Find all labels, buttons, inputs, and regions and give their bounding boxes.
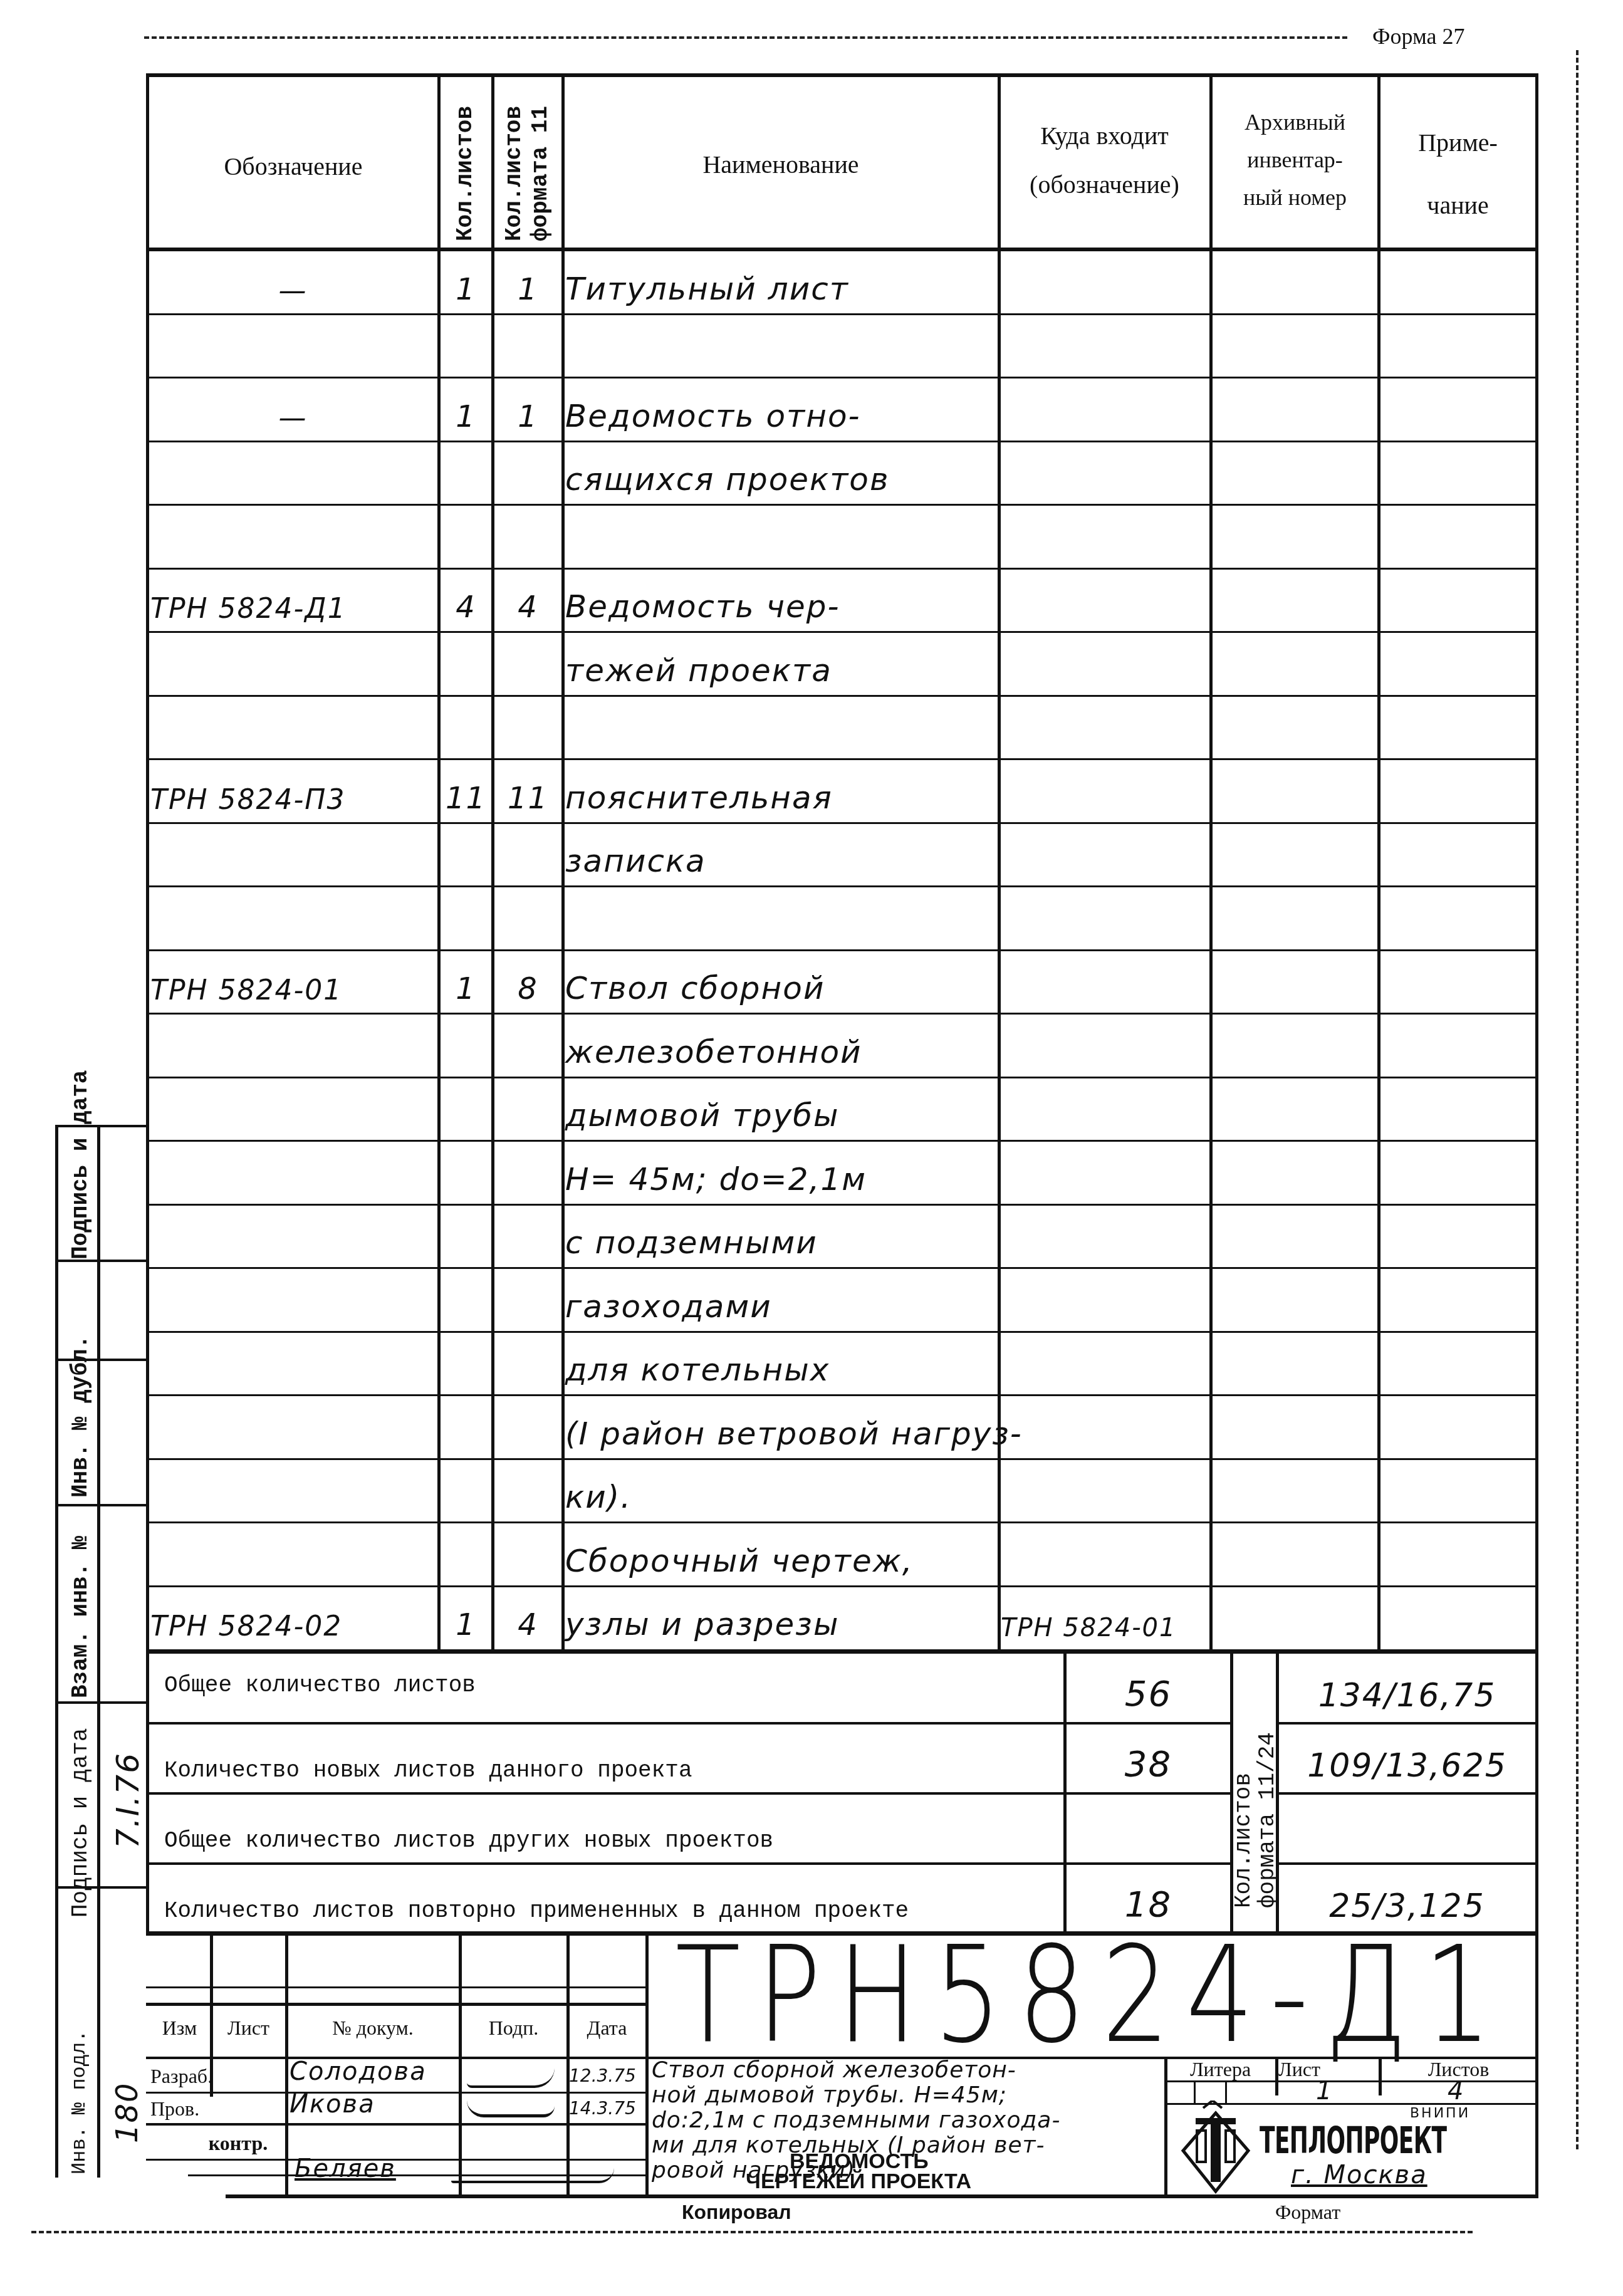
tb-col-doc — [459, 1934, 462, 2197]
cell-text: Ствол сборной — [565, 970, 825, 1006]
side-orig-inv-label: Инв. № подл. — [68, 2049, 91, 2174]
cell-text: Ведомость отно- — [565, 398, 861, 434]
cell-designation — [150, 1523, 436, 1587]
header-note: Приме- чание — [1380, 112, 1535, 237]
tb-litera-sub1 — [1194, 2080, 1196, 2103]
cell-designation — [150, 1205, 436, 1269]
cell-sheets: 1 — [441, 951, 491, 1015]
cell-designation: ТРН 5824-П3 — [150, 759, 436, 823]
cell-sheets — [441, 1205, 491, 1269]
cell-sheets-f11 — [494, 823, 561, 887]
cell-text: газоходами — [565, 1288, 772, 1325]
tb-col-list-label: Лист — [212, 2007, 285, 2048]
tb-name-checker: Икова — [290, 2090, 375, 2119]
side-orig-inv-value-text: 180 — [110, 2043, 145, 2143]
tb-litera-line — [1164, 2080, 1535, 2082]
footer-format-label: Формат — [1275, 2201, 1340, 2224]
cell-text: 1 — [518, 399, 538, 434]
cell-designation — [150, 442, 436, 506]
cell-designation — [150, 632, 436, 696]
cell-sheets — [441, 1459, 491, 1523]
side-dup-inv-label: Инв. № дубл. — [68, 1366, 93, 1498]
tb-sheet-value: 1 — [1316, 2077, 1333, 2106]
col-line-archive — [1377, 73, 1380, 1652]
cell-sheets-f11 — [494, 1459, 561, 1523]
cell-sheets-f11: 11 — [494, 759, 561, 823]
cell-sheets-f11: 8 — [494, 951, 561, 1015]
tb-col-izm-label: Изм — [149, 2007, 210, 2048]
cell-where-used — [1001, 1268, 1209, 1332]
tb-date-developer: 12.3.75 — [569, 2065, 636, 2086]
cell-sheets-f11 — [494, 696, 561, 760]
side-sign-date-value-text: 7.I.76 — [110, 1686, 146, 1849]
cell-where-used — [1001, 251, 1209, 315]
cell-sheets: 4 — [441, 569, 491, 633]
cell-sheets-f11 — [494, 1523, 561, 1587]
cell-text: сящихся проектов — [565, 461, 889, 498]
sheet-edge-bottom — [31, 2231, 1473, 2233]
cell-sheets: 1 — [441, 1587, 491, 1651]
cell-designation: ТРН 5824-Д1 — [150, 569, 436, 633]
cell-sheets-f11 — [494, 632, 561, 696]
cell-name: Ствол сборной — [565, 951, 998, 1015]
cell-where-used — [1001, 505, 1209, 569]
cell-text: 1 — [456, 1607, 476, 1642]
cell-sheets-f11 — [494, 887, 561, 951]
cell-text: ТРН 5824-01 — [1001, 1614, 1176, 1642]
cell-where-used — [1001, 759, 1209, 823]
cell-text: (I район ветровой нагруз- — [565, 1416, 1023, 1452]
cell-designation — [150, 1396, 436, 1459]
cell-designation — [150, 505, 436, 569]
cell-sheets — [441, 887, 491, 951]
cell-name: газоходами — [565, 1268, 998, 1332]
cell-sheets-f11 — [494, 1078, 561, 1142]
cell-sheets — [441, 1141, 491, 1205]
side-sign-date: Подпись и дата — [68, 1260, 199, 1291]
cell-text: 11 — [508, 781, 548, 816]
header-note-line1: Приме- — [1380, 112, 1535, 174]
totals-value: 38 — [1067, 1722, 1230, 1792]
cell-name: узлы и разрезы — [565, 1587, 998, 1651]
cell-sheets-f11 — [494, 1332, 561, 1396]
cell-where-used — [1001, 569, 1209, 633]
totals-format-value: 109/13,625 — [1279, 1722, 1535, 1792]
cell-where-used — [1001, 887, 1209, 951]
cell-where-used — [1001, 315, 1209, 378]
cell-sheets — [441, 632, 491, 696]
cell-sheets-f11 — [494, 442, 561, 506]
tb-signature-checker — [467, 2100, 555, 2117]
cell-text: Титульный лист — [565, 271, 849, 307]
totals-side-label-line1: Кол.листов — [1232, 1657, 1256, 1908]
cell-designation: ТРН 5824-01 — [150, 951, 436, 1015]
cell-where-used — [1001, 951, 1209, 1015]
cell-sheets-f11 — [494, 1396, 561, 1459]
cell-text: 4 — [518, 590, 538, 625]
cell-sheets — [441, 1332, 491, 1396]
cell-text: ТРН 5824-01 — [150, 974, 342, 1006]
header-sheet-count-f11-line1: Кол.листов — [501, 72, 528, 241]
cell-designation: ТРН 5824-02 — [150, 1587, 436, 1651]
cell-designation: — — [150, 251, 436, 315]
tb-document-code: ТРН5824-Д1 — [676, 1918, 1508, 2073]
totals-value-text: 56 — [1125, 1674, 1172, 1714]
side-sign-date-label: Подпись и дата — [68, 1128, 93, 1260]
cell-text: тежей проекта — [565, 652, 832, 689]
cell-text: 1 — [518, 272, 538, 307]
tb-name-developer: Солодова — [290, 2057, 427, 2086]
cell-sheets-f11 — [494, 1014, 561, 1078]
header-where-used-line1: Куда входит — [999, 112, 1209, 160]
tb-signature-developer — [467, 2068, 555, 2088]
cell-where-used — [1001, 1205, 1209, 1269]
cell-name: (I район ветровой нагруз- — [565, 1396, 998, 1459]
cell-designation — [150, 1332, 436, 1396]
side-dup-inv: Инв. № дубл. — [68, 1498, 199, 1529]
cell-name: железобетонной — [565, 1014, 998, 1078]
cell-sheets-f11 — [494, 1205, 561, 1269]
cell-name: ки). — [565, 1459, 998, 1523]
tb-col-sign-label: Подп. — [461, 2007, 566, 2048]
header-archive: Архивный инвентар- ный номер — [1213, 103, 1377, 216]
side-replace-inv-label: Взам. инв. № — [68, 1567, 93, 1698]
tb-row-line-1 — [146, 1986, 645, 1988]
header-note-line2: чание — [1380, 174, 1535, 237]
totals-side-label-line2: формата 11/24 — [1256, 1657, 1280, 1908]
cell-where-used — [1001, 1523, 1209, 1587]
totals-label: Общее количество листов других новых про… — [164, 1792, 1060, 1862]
totals-label: Количество новых листов данного проекта — [164, 1722, 1060, 1792]
cell-text: узлы и разрезы — [565, 1606, 839, 1642]
tb-signature-approver — [451, 2168, 614, 2183]
cell-designation — [150, 1078, 436, 1142]
cell-where-used — [1001, 1078, 1209, 1142]
tb-description-line: do:2,1м с подземными газохода- — [652, 2108, 1162, 2133]
tb-org-name: ТЕПЛОПРОЕКТ — [1260, 2119, 1446, 2162]
table-right-border — [1535, 73, 1538, 2198]
cell-name: сящихся проектов — [565, 442, 998, 506]
cell-text: дымовой трубы — [565, 1097, 840, 1134]
cell-name: Сборочный чертеж, — [565, 1523, 998, 1587]
header-sheet-count-text: Кол.листов — [452, 72, 478, 241]
cell-text: ки). — [565, 1479, 632, 1515]
header-sheet-count-f11-line2: формата 11 — [528, 72, 554, 241]
cell-sheets — [441, 1396, 491, 1459]
tb-description-line: ной дымовой трубы. H=45м; — [652, 2083, 1162, 2108]
tb-col-doc-label: № докум. — [287, 2007, 459, 2048]
tb-code-cell: ТРН5824-Д1 — [648, 1934, 1535, 2057]
cell-sheets — [441, 696, 491, 760]
cell-name: Ведомость отно- — [565, 378, 998, 442]
cell-name: дымовой трубы — [565, 1078, 998, 1142]
header-where-used-line2: (обозначение) — [999, 160, 1209, 209]
cell-designation — [150, 1014, 436, 1078]
header-where-used: Куда входит (обозначение) — [999, 112, 1209, 209]
cell-where-used — [1001, 378, 1209, 442]
side-sign-date-value: 7.I.76 — [110, 1849, 273, 1886]
cell-text: 8 — [518, 971, 538, 1006]
cell-text: — — [279, 275, 308, 307]
cell-text: — — [279, 402, 308, 434]
tb-row-line-head — [146, 2003, 645, 2006]
cell-sheets — [441, 442, 491, 506]
cell-name: записка — [565, 823, 998, 887]
cell-designation — [150, 887, 436, 951]
header-archive-line1: Архивный — [1213, 103, 1377, 141]
cell-name — [565, 887, 998, 951]
cell-text: H= 45м; do=2,1м — [565, 1161, 867, 1198]
footer-copied-label: Копировал — [682, 2201, 791, 2224]
cell-sheets-f11: 4 — [494, 1587, 561, 1651]
cell-text: Ведомость чер- — [565, 588, 840, 625]
cell-where-used — [1001, 1332, 1209, 1396]
cell-sheets-f11: 1 — [494, 378, 561, 442]
cell-where-used — [1001, 1141, 1209, 1205]
table-left-border — [146, 73, 149, 1934]
cell-text: с подземными — [565, 1224, 818, 1261]
cell-designation — [150, 315, 436, 378]
tb-litera-sub2 — [1225, 2080, 1227, 2103]
cell-name: для котельных — [565, 1332, 998, 1396]
cell-where-used: ТРН 5824-01 — [1001, 1587, 1209, 1651]
cell-text: Сборочный чертеж, — [565, 1543, 914, 1579]
teploproekt-logo-icon — [1178, 2100, 1253, 2194]
cell-text: 11 — [446, 781, 486, 816]
cell-designation — [150, 823, 436, 887]
cell-text: ТРН 5824-П3 — [150, 784, 345, 816]
cell-text: записка — [565, 843, 706, 879]
cell-text: железобетонной — [565, 1034, 862, 1070]
totals-format-value-text: 109/13,625 — [1307, 1747, 1507, 1785]
cell-name: Ведомость чер- — [565, 569, 998, 633]
cell-sheets-f11: 4 — [494, 569, 561, 633]
form-label: Форма 27 — [1372, 25, 1464, 48]
col-line-where — [1209, 73, 1213, 1652]
cell-text: 1 — [456, 399, 476, 434]
cell-sheets — [441, 1014, 491, 1078]
cell-name — [565, 696, 998, 760]
cell-text: ТРН 5824-02 — [150, 1610, 342, 1642]
header-archive-line3: ный номер — [1213, 179, 1377, 216]
totals-format-value — [1279, 1792, 1535, 1862]
cell-text: 4 — [518, 1607, 538, 1642]
header-archive-line2: инвентар- — [1213, 141, 1377, 179]
totals-col-line-value — [1063, 1652, 1067, 1934]
tb-org-city: г. Москва — [1291, 2161, 1427, 2189]
totals-format-value-text: 134/16,75 — [1318, 1677, 1496, 1714]
totals-value — [1067, 1792, 1230, 1862]
cell-sheets — [441, 823, 491, 887]
header-designation: Обозначение — [149, 143, 437, 190]
tb-name-approver: Беляев — [295, 2154, 396, 2183]
cell-text: 1 — [456, 971, 476, 1006]
cell-sheets: 11 — [441, 759, 491, 823]
cell-sheets-f11 — [494, 1268, 561, 1332]
cell-text: пояснительная — [565, 780, 833, 816]
col-line-sheets-f11 — [561, 73, 565, 1652]
cell-sheets-f11 — [494, 1141, 561, 1205]
cell-sheets-f11 — [494, 315, 561, 378]
cell-where-used — [1001, 1014, 1209, 1078]
header-name: Наименование — [564, 141, 998, 189]
cell-where-used — [1001, 823, 1209, 887]
table-top-border — [146, 73, 1538, 77]
header-sheet-count-f11-text: Кол.листов формата 11 — [501, 72, 554, 241]
cell-where-used — [1001, 1459, 1209, 1523]
cell-sheets — [441, 505, 491, 569]
totals-label: Общее количество листов — [164, 1652, 1060, 1722]
cell-designation — [150, 696, 436, 760]
cell-designation: — — [150, 378, 436, 442]
tb-role-checker: Пров. — [150, 2093, 285, 2124]
side-left — [55, 1125, 58, 2178]
totals-side-label-text: Кол.листов формата 11/24 — [1232, 1657, 1280, 1908]
side-orig-sign-date: Подпись и дата — [68, 1918, 199, 1949]
cell-sheets-f11 — [494, 505, 561, 569]
cell-text: ТРН 5824-Д1 — [150, 593, 347, 625]
cell-sheets: 1 — [441, 378, 491, 442]
sheet-edge-top — [144, 36, 1347, 39]
cell-sheets: 1 — [441, 251, 491, 315]
tb-role-developer: Разраб. — [150, 2060, 285, 2092]
cell-where-used — [1001, 1396, 1209, 1459]
tb-description-line: Ствол сборной железобетон- — [652, 2058, 1162, 2083]
side-orig-sign-date-label: Подпись и дата — [68, 1786, 93, 1918]
cell-designation — [150, 1141, 436, 1205]
cell-text: для котельных — [565, 1352, 830, 1388]
cell-text: 1 — [456, 272, 476, 307]
tb-sheets-value: 4 — [1448, 2077, 1464, 2106]
totals-value-text: 38 — [1125, 1744, 1172, 1785]
side-orig-inv-value: 180 — [110, 2143, 210, 2181]
tb-description-print-2: ЧЕРТЕЖЕЙ ПРОЕКТА — [746, 2169, 971, 2194]
cell-sheets — [441, 1523, 491, 1587]
sheet-edge-right — [1576, 50, 1579, 2149]
tb-date-checker: 14.3.75 — [569, 2098, 636, 2119]
cell-name: H= 45м; do=2,1м — [565, 1141, 998, 1205]
cell-name: тежей проекта — [565, 632, 998, 696]
totals-format-value: 134/16,75 — [1279, 1652, 1535, 1722]
cell-where-used — [1001, 442, 1209, 506]
cell-sheets — [441, 315, 491, 378]
cell-sheets — [441, 1268, 491, 1332]
tb-litera-label: Литера — [1166, 2058, 1275, 2080]
cell-where-used — [1001, 632, 1209, 696]
cell-name — [565, 505, 998, 569]
cell-text: 4 — [456, 590, 476, 625]
cell-name — [565, 315, 998, 378]
cell-name: пояснительная — [565, 759, 998, 823]
cell-sheets-f11: 1 — [494, 251, 561, 315]
side-line-5 — [56, 1886, 147, 1889]
cell-name: с подземными — [565, 1205, 998, 1269]
cell-name: Титульный лист — [565, 251, 998, 315]
totals-value: 56 — [1067, 1652, 1230, 1722]
tb-bottom-border — [226, 2194, 1538, 2198]
cell-where-used — [1001, 696, 1209, 760]
cell-sheets — [441, 1078, 491, 1142]
tb-col-date-label: Дата — [568, 2007, 645, 2048]
